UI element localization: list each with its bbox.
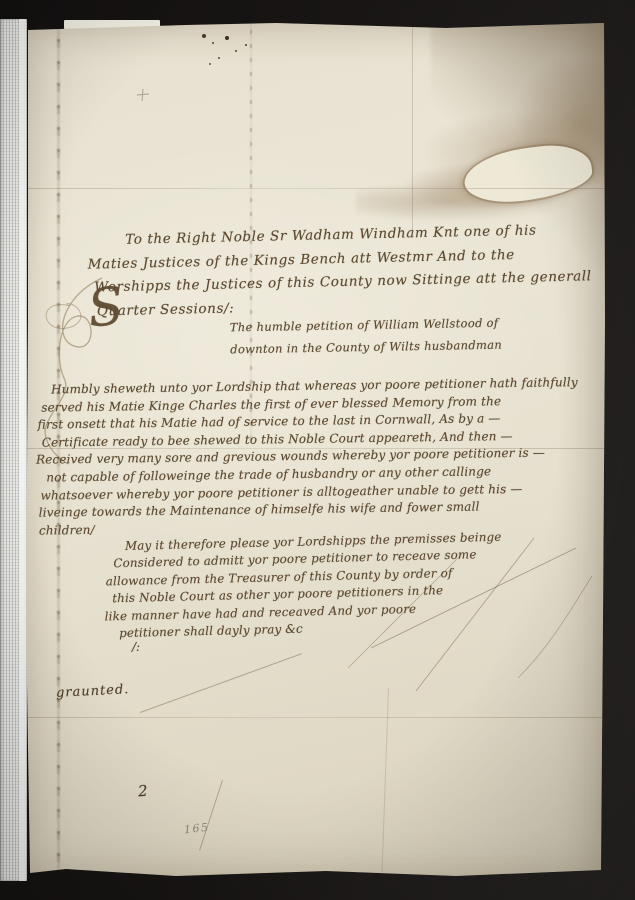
stray-pen-mark	[136, 88, 150, 102]
petition-heading: To the Right Noble Sr Wadham Windham Knt…	[87, 218, 586, 323]
crease-scratch-vertical	[381, 688, 389, 880]
petition-body: Humbly sheweth unto yor Lordship that wh…	[35, 374, 564, 540]
folio-number-ink: 2	[137, 782, 148, 801]
support-strip-highlight	[19, 19, 26, 881]
endorsement-granted: graunted.	[56, 682, 130, 701]
title-line: downton in the County of Wilts husbandma…	[230, 334, 502, 361]
folio-number-pencil: 165	[183, 821, 210, 837]
ink-specks	[202, 34, 206, 38]
crease-scratch-bottom	[199, 780, 223, 851]
initial-letter: S	[85, 276, 127, 339]
manuscript-photograph: To the Right Noble Sr Wadham Windham Knt…	[0, 0, 635, 900]
manuscript-page: To the Right Noble Sr Wadham Windham Knt…	[26, 20, 605, 878]
horizontal-fold-lower	[26, 717, 605, 718]
petition-prayer: May it therefore please yor Lordshipps t…	[97, 529, 476, 643]
archival-support-strip	[0, 19, 27, 881]
petition-title: The humble petition of William Wellstood…	[230, 312, 503, 361]
closing-flourish-mark: /:	[132, 640, 140, 654]
